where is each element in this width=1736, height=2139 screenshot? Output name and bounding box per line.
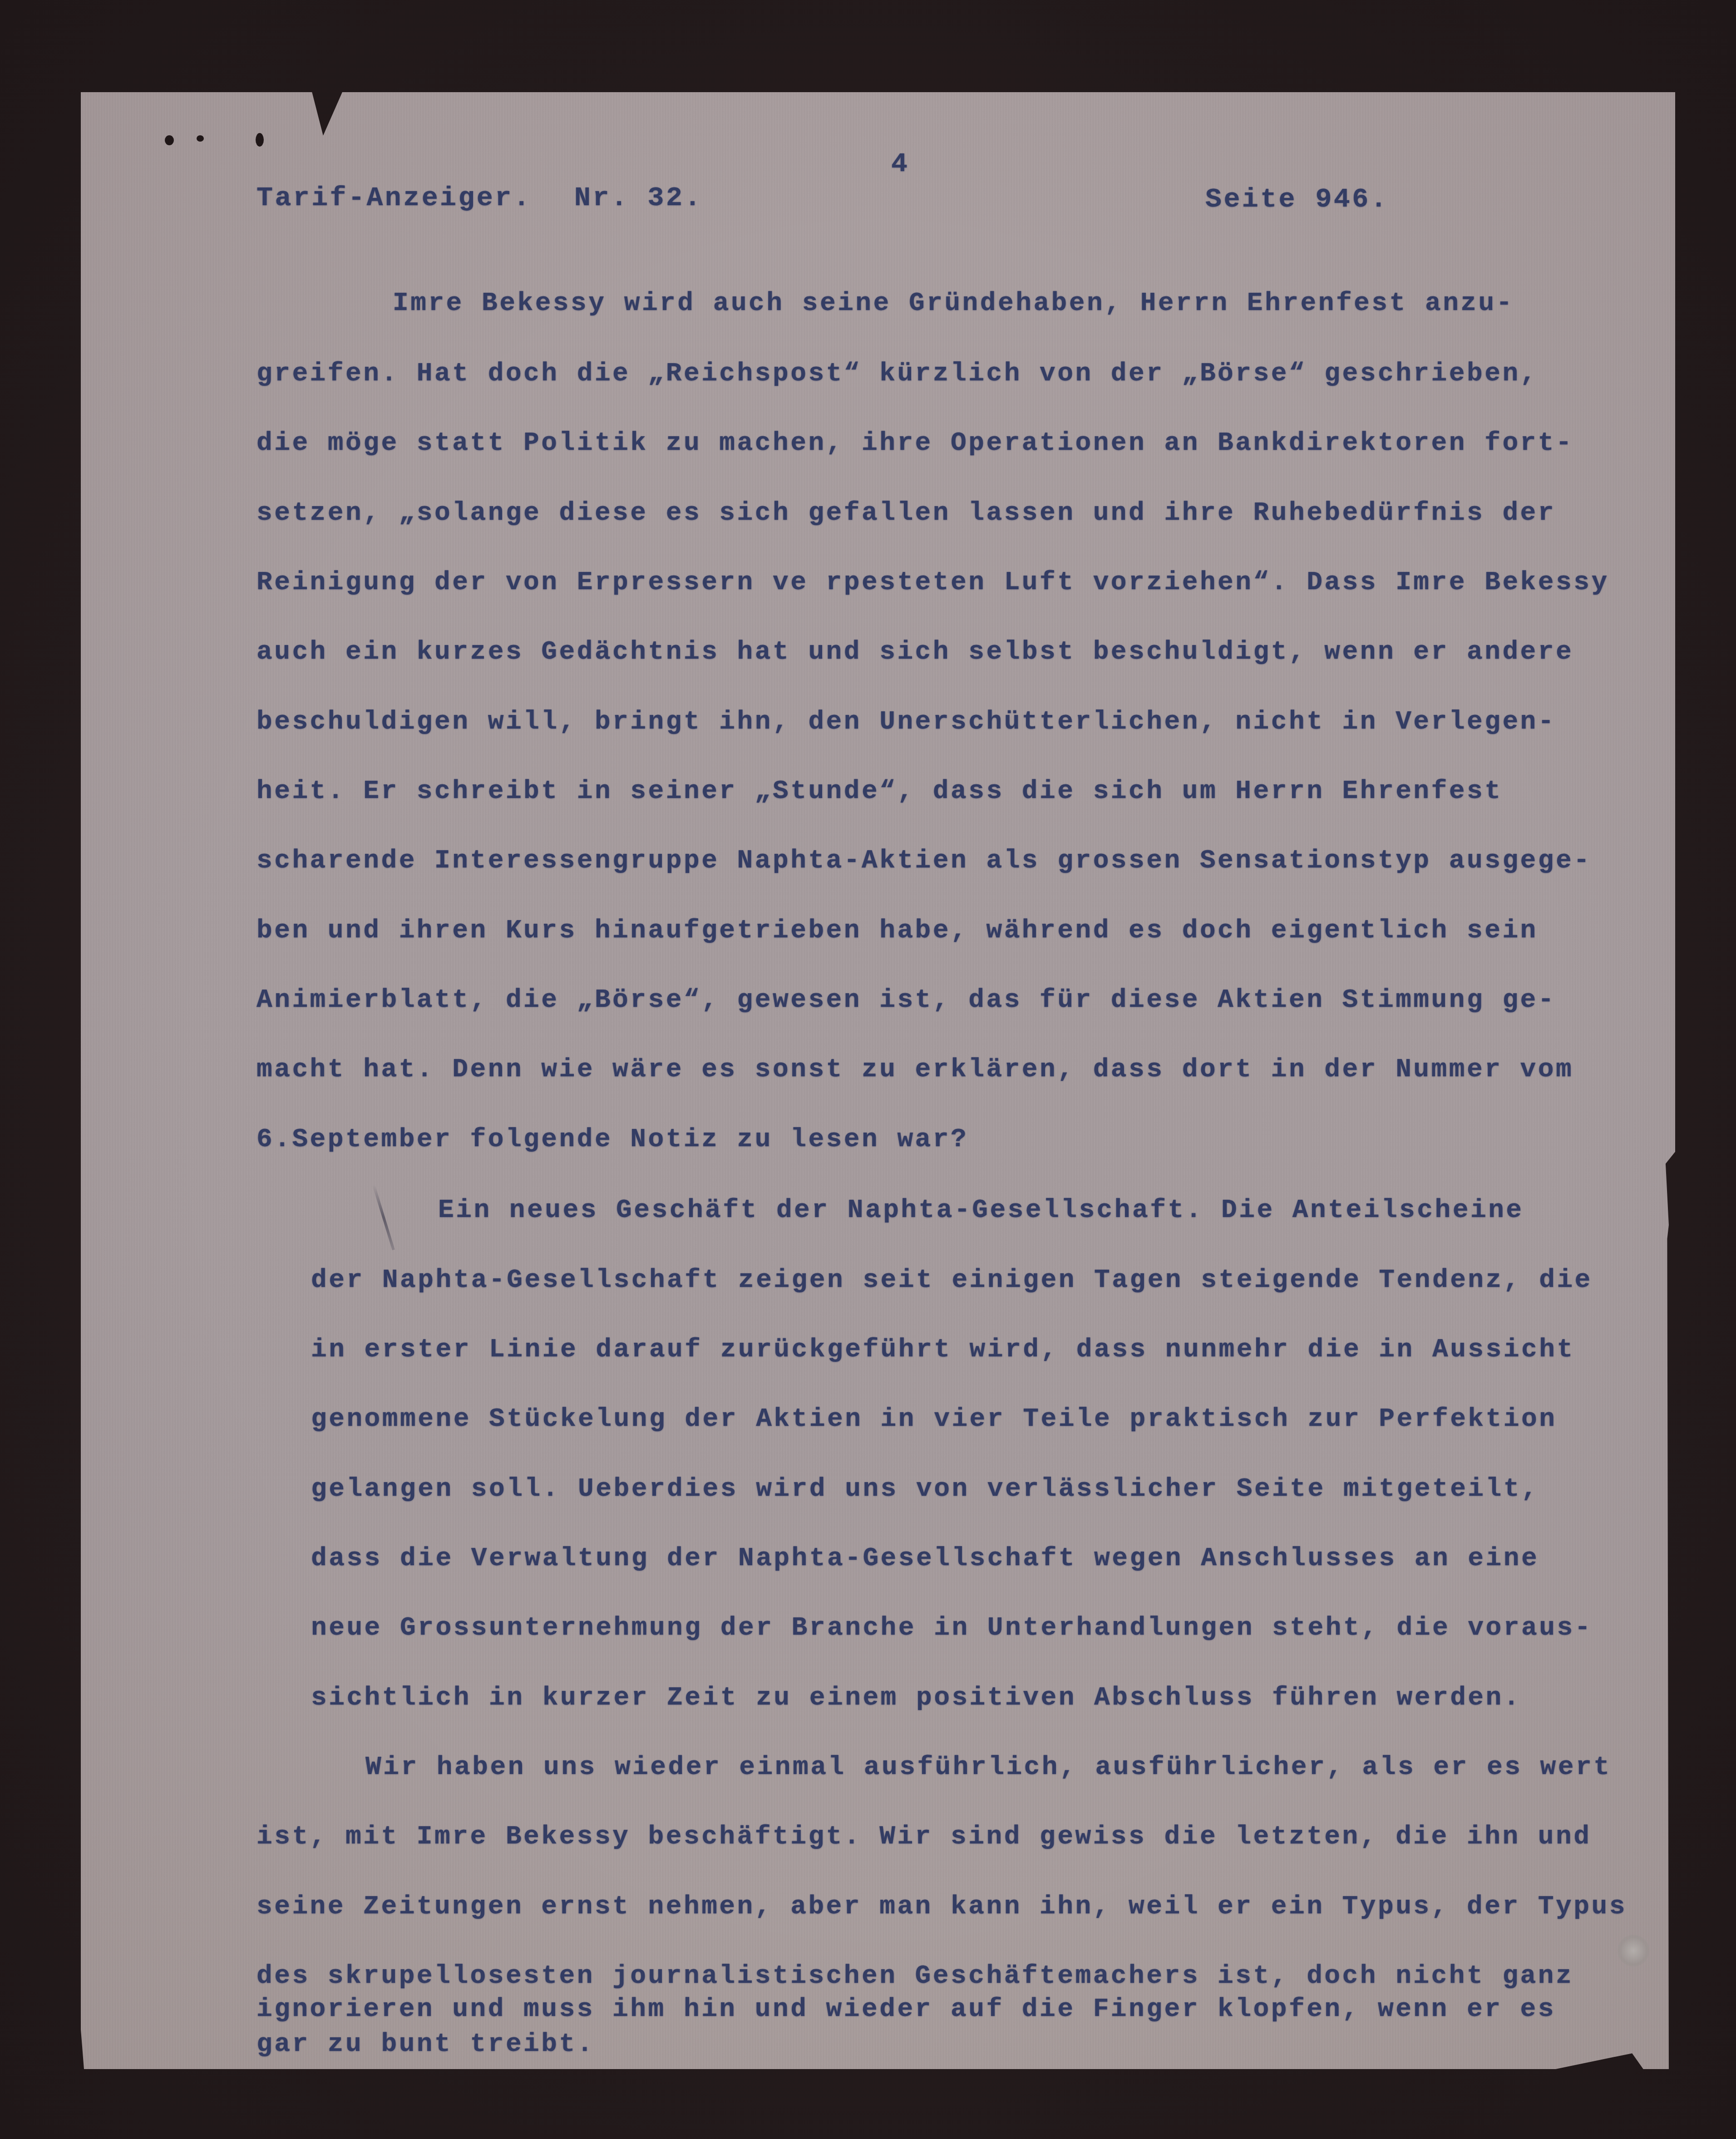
header-issue: Nr. 32. <box>574 185 703 212</box>
text-line: sichtlich in kurzer Zeit zu einem positi… <box>311 1685 1521 1711</box>
page-number: 4 <box>891 151 909 178</box>
text-line: setzen, „solange diese es sich gefallen … <box>256 500 1556 527</box>
text-line: auch ein kurzes Gedächtnis hat und sich … <box>256 639 1573 665</box>
text-line: scharende Interessengruppe Naphta-Aktien… <box>256 848 1591 874</box>
text-line: heit. Er schreibt in seiner „Stunde“, da… <box>256 779 1502 805</box>
text-line: beschuldigen will, bringt ihn, den Uners… <box>256 709 1556 735</box>
text-line: Wir haben uns wieder einmal ausführlich,… <box>365 1755 1611 1781</box>
text-line: dass die Verwaltung der Naphta-Gesellsch… <box>311 1546 1539 1572</box>
text-line: in erster Linie darauf zurückgeführt wir… <box>311 1337 1575 1363</box>
text-line: Animierblatt, die „Börse“, gewesen ist, … <box>256 987 1556 1014</box>
header-page-label: Seite 946. <box>1205 186 1389 213</box>
text-line: die möge statt Politik zu machen, ihre O… <box>256 430 1573 457</box>
text-line: ist, mit Imre Bekessy beschäftigt. Wir s… <box>256 1824 1591 1850</box>
text-line: Reinigung der von Erpressern ve rpestete… <box>256 570 1609 596</box>
text-line: Imre Bekessy wird auch seine Gründehaben… <box>393 291 1514 317</box>
scan-background: 4 Tarif-Anzeiger. Nr. 32. Seite 946. Imr… <box>0 0 1736 2139</box>
punch-hole <box>256 133 264 147</box>
text-line: des skrupellosesten journalistischen Ges… <box>256 1963 1573 1990</box>
text-line: der Naphta-Gesellschaft zeigen seit eini… <box>311 1267 1593 1294</box>
header-publication: Tarif-Anzeiger. <box>256 185 532 212</box>
punch-hole <box>197 135 204 142</box>
punch-hole <box>165 135 174 145</box>
text-line: gelangen soll. Ueberdies wird uns von ve… <box>311 1476 1539 1503</box>
text-line: macht hat. Denn wie wäre es sonst zu erk… <box>256 1057 1573 1083</box>
text-line: seine Zeitungen ernst nehmen, aber man k… <box>256 1894 1627 1920</box>
text-line: 6.September folgende Notiz zu lesen war? <box>256 1127 968 1153</box>
text-line: greifen. Hat doch die „Reichspost“ kürzl… <box>256 361 1538 387</box>
text-line: gar zu bunt treibt. <box>256 2031 595 2058</box>
text-line: Ein neues Geschäft der Naphta-Gesellscha… <box>438 1198 1524 1224</box>
text-line: neue Grossunternehmung der Branche in Un… <box>311 1615 1593 1641</box>
paper-stain <box>1618 1935 1649 1966</box>
text-line: ben und ihren Kurs hinaufgetrieben habe,… <box>256 918 1538 944</box>
text-line: ignorieren und muss ihm hin und wieder a… <box>256 1996 1556 2023</box>
text-line: genommene Stückelung der Aktien in vier … <box>311 1406 1557 1433</box>
